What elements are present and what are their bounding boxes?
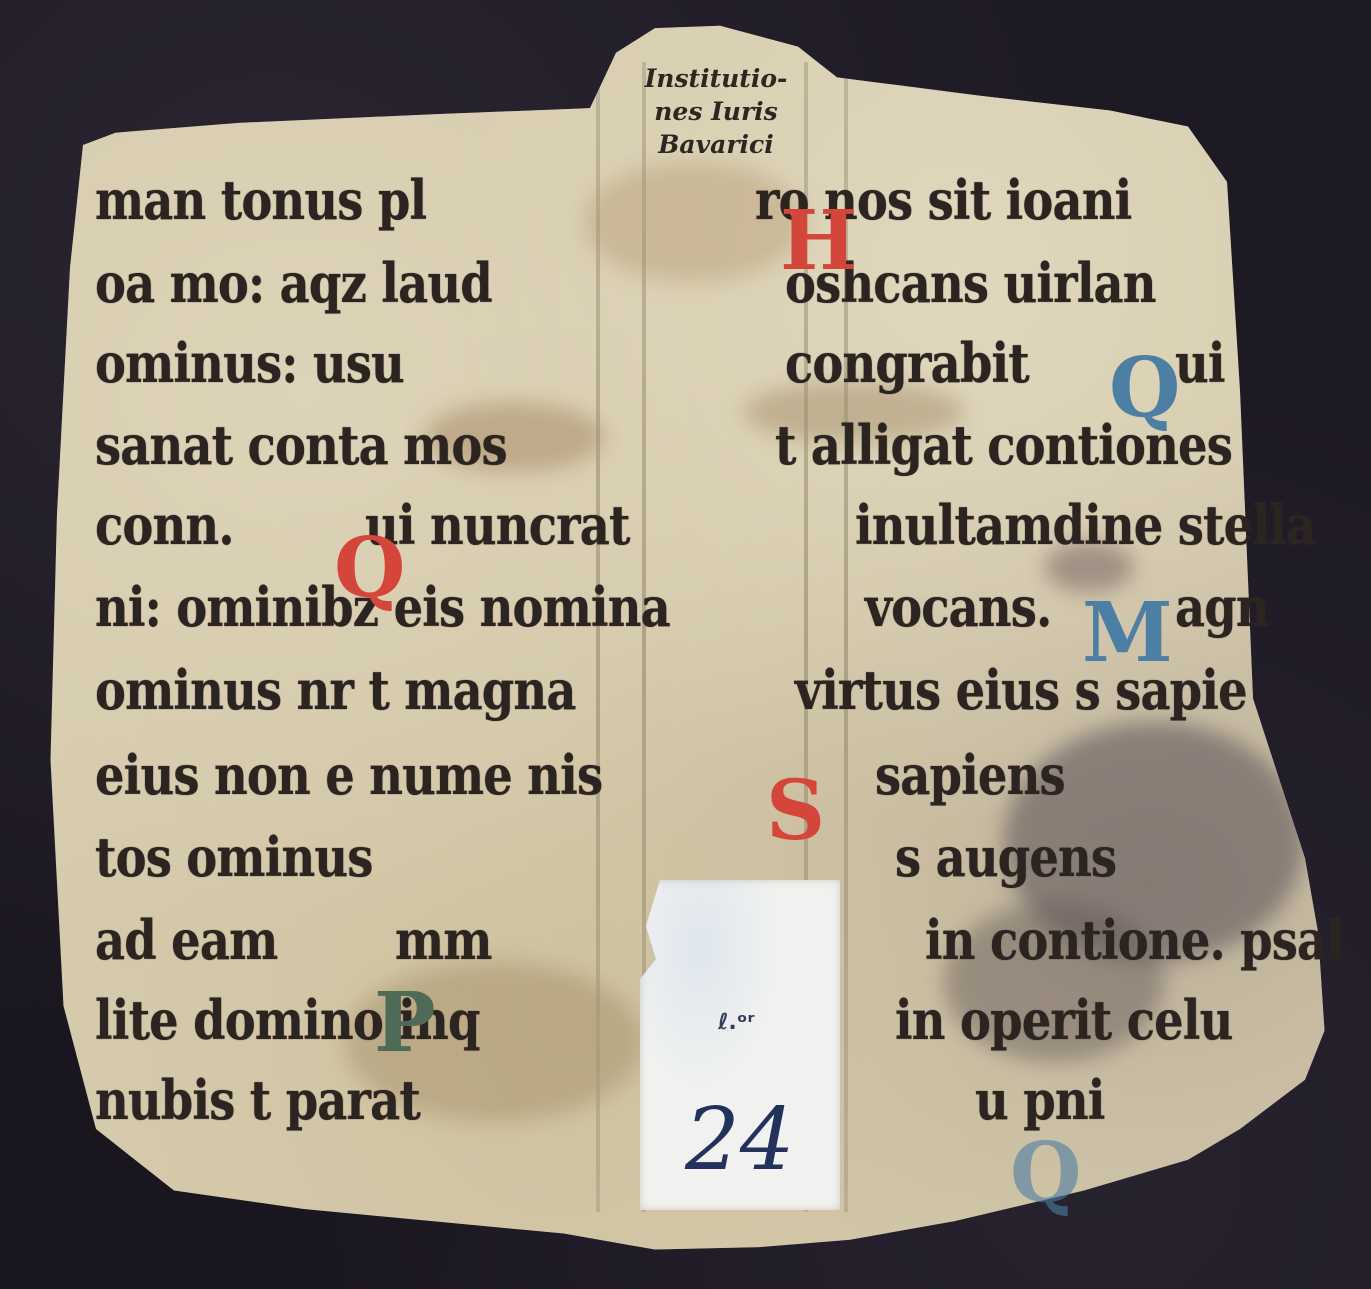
text-line-right: s augens xyxy=(895,822,1116,892)
vellum-book: man tonus pl ro nos sit ioani oa mo: aqz… xyxy=(44,22,1344,1252)
text-line-left: man tonus pl xyxy=(95,165,426,235)
green-initial-p: P xyxy=(374,982,436,1064)
blue-initial-q: Q xyxy=(1109,347,1180,429)
text-line-right: in operit celu xyxy=(895,985,1232,1055)
spine-title-line: Institutio- xyxy=(596,62,836,95)
spine-title: Institutio- nes Iuris Bavarici xyxy=(596,62,836,161)
text-line-left: nubis t parat xyxy=(95,1065,420,1135)
blue-initial-q: Q xyxy=(1010,1132,1081,1214)
text-line-left: sanat conta mos xyxy=(95,410,507,480)
text-line-left: tos ominus xyxy=(95,822,373,892)
shelf-mark: ℓ.ᵒʳ xyxy=(718,1010,754,1035)
text-line-left-tail: mm xyxy=(395,905,492,975)
red-initial-q: Q xyxy=(334,527,405,609)
text-line-right: vocans. xyxy=(865,572,1051,642)
text-line-right: congrabit xyxy=(785,328,1029,398)
red-initial-s: S xyxy=(766,770,825,852)
shelf-label: ℓ.ᵒʳ 24 xyxy=(640,880,840,1210)
text-line-right: in contione. psal xyxy=(925,905,1343,975)
text-line-right: inultamdine stella xyxy=(855,490,1315,560)
spine-title-line: nes Iuris xyxy=(596,95,836,128)
text-line-left: ominus nr t magna xyxy=(95,655,576,725)
text-line-left: conn. xyxy=(95,490,234,560)
text-line-right-tail: ui xyxy=(1175,328,1225,398)
text-line-left: eius non e nume nis xyxy=(95,740,602,810)
spine-title-line: Bavarici xyxy=(596,128,836,161)
text-line-left: ad eam xyxy=(95,905,277,975)
text-line-right-tail: agn xyxy=(1175,572,1269,642)
text-line-left: oa mo: aqz laud xyxy=(95,248,492,318)
red-initial-h: H xyxy=(780,200,857,282)
text-line-right: virtus eius s sapie xyxy=(795,655,1247,725)
text-line-left: ominus: usu xyxy=(95,328,404,398)
blue-initial-m: M xyxy=(1082,592,1173,674)
text-line-right: sapiens xyxy=(875,740,1065,810)
shelf-number: 24 xyxy=(685,1090,794,1190)
